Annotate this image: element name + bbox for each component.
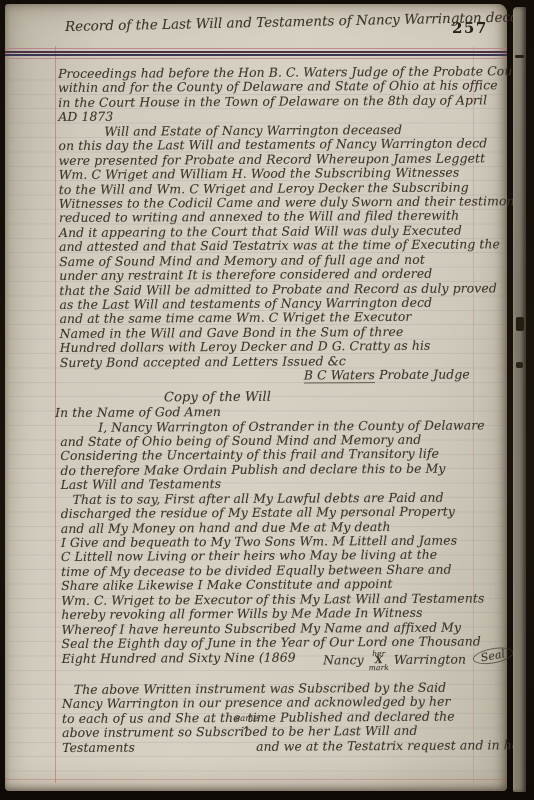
bottom-rule-line xyxy=(5,779,507,780)
judge-name: B C Waters xyxy=(304,367,375,383)
inserted-word-text: same xyxy=(236,714,259,724)
text-line: Wm. C. Wriget to be Executor of this My … xyxy=(61,590,513,607)
book-photo: { "page_number": "257", "header": { "tit… xyxy=(0,0,534,800)
text-line: I, Nancy Warrington of Ostrander in the … xyxy=(60,417,512,434)
text-line: discharged the residue of My Estate all … xyxy=(61,503,513,520)
adjacent-page-edge xyxy=(513,7,526,792)
sig-left-text: Eight Hundred and Sixty Nine (1869 xyxy=(62,649,296,665)
ins-line: to each of us and She at the same^time P… xyxy=(62,708,514,725)
adjacent-page-mark xyxy=(515,55,524,58)
band-line xyxy=(5,48,507,49)
text-line: and attested and that Said Testatrix was… xyxy=(59,236,511,253)
text-line: I Give and bequeath to My Two Sons Wm. M… xyxy=(61,532,513,549)
text-line: Testaments and we at the Testatrix reque… xyxy=(62,737,514,754)
testatrix-signature: Nancy herXmark Warrington xyxy=(323,648,466,670)
her-mark: herXmark xyxy=(369,650,389,671)
ledger-page: 257 Record of the Last Will and Testamen… xyxy=(5,4,507,791)
header-rule-band xyxy=(5,48,507,59)
signature-first-name: Nancy xyxy=(323,652,368,667)
header-title: Record of the Last Will and Testaments o… xyxy=(65,9,519,35)
sig-line: Eight Hundred and Sixty Nine (1869Nancy … xyxy=(62,648,514,665)
band-line xyxy=(5,51,507,53)
insertion-caret: ^ xyxy=(243,726,250,735)
document-content: Proceedings had before the Hon B. C. Wat… xyxy=(58,63,514,754)
document-lines: Proceedings had before the Hon B. C. Wat… xyxy=(58,63,514,754)
adjacent-page-mark xyxy=(516,362,523,368)
band-line xyxy=(5,58,507,59)
text-line: time of My decease to be divided Equally… xyxy=(61,561,513,578)
signature-last-name: Warrington xyxy=(390,651,466,666)
text-line: do therefore Make Ordain Publish and dec… xyxy=(60,460,512,477)
her-mark-part: mark xyxy=(369,665,389,672)
text-line: in the Court House in the Town of Delawa… xyxy=(58,92,510,109)
text-line: that the Said Will be admitted to Probat… xyxy=(59,280,511,297)
adjacent-page-mark xyxy=(516,317,524,331)
band-line xyxy=(5,54,507,56)
